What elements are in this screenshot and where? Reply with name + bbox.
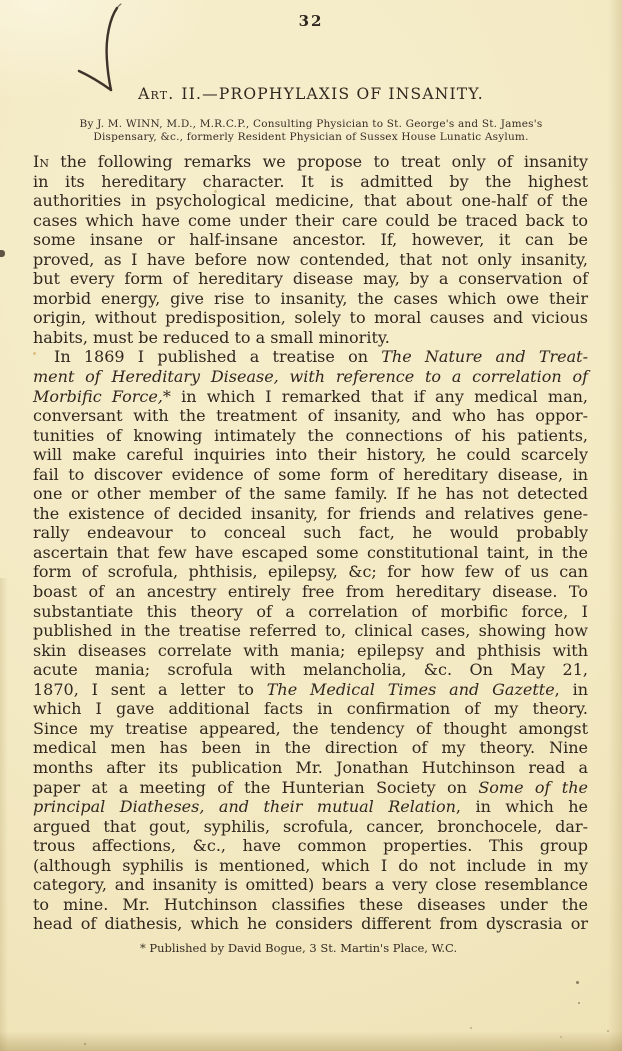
body-line: will make careful inquiries into their h… <box>33 445 588 465</box>
text-segment: In <box>33 152 49 171</box>
text-segment: acute mania; scrofula with melancholia, … <box>33 660 588 679</box>
body-line: some insane or half-insane ancestor. If,… <box>33 230 588 250</box>
text-segment: ment of Hereditary Disease, with referen… <box>33 367 588 386</box>
article-title-text: II.—PROPHYLAXIS OF INSANITY. <box>181 85 484 103</box>
text-segment: which I gave additional facts in confirm… <box>33 699 588 718</box>
body-line: argued that gout, syphilis, scrofula, ca… <box>33 817 588 837</box>
text-segment: but every form of hereditary disease may… <box>33 269 588 288</box>
body-text: In the following remarks we propose to t… <box>33 152 588 934</box>
byline-line-2: Dispensary, &c., formerly Resident Physi… <box>41 131 581 144</box>
body-line: ment of Hereditary Disease, with referen… <box>33 367 588 387</box>
body-line: acute mania; scrofula with melancholia, … <box>33 660 588 680</box>
text-segment: published in the treatise referred to, c… <box>33 621 588 640</box>
text-segment: category, and insanity is omitted) bears… <box>33 875 588 894</box>
text-segment: the following remarks we propose to trea… <box>49 152 588 171</box>
article-byline: By J. M. WINN, M.D., M.R.C.P., Consultin… <box>41 118 581 144</box>
body-line: origin, without predisposition, solely t… <box>33 308 588 328</box>
text-segment: to mine. Mr. Hutchinson classifies these… <box>33 895 588 914</box>
body-line: to mine. Mr. Hutchinson classifies these… <box>33 895 588 915</box>
body-line: cases which have come under their care c… <box>33 211 588 231</box>
text-segment: origin, without predisposition, solely t… <box>33 308 588 327</box>
body-line: which I gave additional facts in confirm… <box>33 699 588 719</box>
text-segment: argued that gout, syphilis, scrofula, ca… <box>33 817 588 836</box>
body-line: months after its publication Mr. Jonatha… <box>33 758 588 778</box>
text-segment: in its hereditary character. It is admit… <box>33 172 588 191</box>
body-line: in its hereditary character. It is admit… <box>33 172 588 192</box>
text-segment: proved, as I have before now contended, … <box>33 250 588 269</box>
text-segment: Since my treatise appeared, the tendency… <box>33 719 588 738</box>
text-segment: principal Diatheses, and their mutual Re… <box>33 797 456 816</box>
body-line: ascertain that few have escaped some con… <box>33 543 588 563</box>
paper-speck <box>576 981 579 984</box>
text-segment: In 1869 I published a treatise on <box>54 347 381 366</box>
body-line: authorities in psychological medicine, t… <box>33 191 588 211</box>
body-line: Morbific Force,* in which I remarked tha… <box>33 387 588 407</box>
text-segment: head of diathesis, which he considers di… <box>33 914 588 933</box>
body-line: paper at a meeting of the Hunterian Soci… <box>33 778 588 798</box>
body-line: published in the treatise referred to, c… <box>33 621 588 641</box>
body-line: form of scrofula, phthisis, epilepsy, &c… <box>33 562 588 582</box>
article-number: Art. <box>138 85 174 103</box>
text-segment: 1870, I sent a letter to <box>33 680 267 699</box>
page-edge-ink-mark <box>0 250 5 257</box>
body-line: medical men has been in the direction of… <box>33 738 588 758</box>
text-segment: morbid energy, give rise to insanity, th… <box>33 289 588 308</box>
body-line: fail to discover evidence of some form o… <box>33 465 588 485</box>
body-line: but every form of hereditary disease may… <box>33 269 588 289</box>
paper-speck <box>578 1002 580 1004</box>
text-segment: some insane or half-insane ancestor. If,… <box>33 230 588 249</box>
text-segment: * in which I remarked that if any medica… <box>163 387 588 406</box>
text-segment: the existence of decided insanity, for f… <box>33 504 588 523</box>
paper-speck <box>214 190 217 193</box>
text-segment: authorities in psychological medicine, t… <box>33 191 588 210</box>
article-title: Art.II.—PROPHYLAXIS OF INSANITY. <box>0 85 622 103</box>
body-line: trous affections, &c., have common prope… <box>33 836 588 856</box>
text-segment: trous affections, &c., have common prope… <box>33 836 588 855</box>
body-line: one or other member of the same family. … <box>33 484 588 504</box>
text-segment: The Nature and Treat- <box>381 347 588 366</box>
body-line: In the following remarks we propose to t… <box>33 152 588 172</box>
text-segment: cases which have come under their care c… <box>33 211 588 230</box>
paper-speck <box>470 1027 472 1029</box>
body-line: habits, must be reduced to a small minor… <box>33 328 588 348</box>
body-line: skin diseases correlate with mania; epil… <box>33 641 588 661</box>
text-segment: fail to discover evidence of some form o… <box>33 465 588 484</box>
text-segment: will make careful inquiries into their h… <box>33 445 588 464</box>
body-line: In 1869 I published a treatise on The Na… <box>33 347 588 367</box>
body-line: 1870, I sent a letter to The Medical Tim… <box>33 680 588 700</box>
paper-speck <box>33 352 36 355</box>
page-edge-shadow-left <box>0 578 8 1051</box>
text-segment: habits, must be reduced to a small minor… <box>33 328 390 347</box>
body-line: head of diathesis, which he considers di… <box>33 914 588 934</box>
body-line: proved, as I have before now contended, … <box>33 250 588 270</box>
page-edge-shadow-bottom <box>0 1031 622 1051</box>
text-segment: tunities of knowing intimately the conne… <box>33 426 588 445</box>
body-line: tunities of knowing intimately the conne… <box>33 426 588 446</box>
text-segment: (although syphilis is mentioned, which I… <box>33 856 588 875</box>
text-segment: Morbific Force, <box>33 387 163 406</box>
body-line: Since my treatise appeared, the tendency… <box>33 719 588 739</box>
page-edge-shadow-right <box>608 0 622 1051</box>
text-segment: skin diseases correlate with mania; epil… <box>33 641 588 660</box>
text-segment: one or other member of the same family. … <box>33 484 588 503</box>
text-segment: medical men has been in the direction of… <box>33 738 588 757</box>
body-line: (although syphilis is mentioned, which I… <box>33 856 588 876</box>
text-segment: form of scrofula, phthisis, epilepsy, &c… <box>33 562 588 581</box>
body-line: category, and insanity is omitted) bears… <box>33 875 588 895</box>
text-segment: The Medical Times and Gazette <box>267 680 555 699</box>
body-line: substantiate this theory of a correlatio… <box>33 602 588 622</box>
body-line: morbid energy, give rise to insanity, th… <box>33 289 588 309</box>
handwritten-checkmark <box>76 2 131 97</box>
body-line: principal Diatheses, and their mutual Re… <box>33 797 588 817</box>
body-line: boast of an ancestry entirely free from … <box>33 582 588 602</box>
body-line: rally endeavour to conceal such fact, he… <box>33 523 588 543</box>
text-segment: Some of the <box>478 778 588 797</box>
text-segment: months after its publication Mr. Jonatha… <box>33 758 588 777</box>
text-segment: paper at a meeting of the Hunterian Soci… <box>33 778 478 797</box>
text-segment: , in which he <box>456 797 588 816</box>
scanned-page: 32 Art.II.—PROPHYLAXIS OF INSANITY. By J… <box>0 0 622 1051</box>
text-segment: ascertain that few have escaped some con… <box>33 543 588 562</box>
byline-line-1: By J. M. WINN, M.D., M.R.C.P., Consultin… <box>41 118 581 131</box>
footnote: * Published by David Bogue, 3 St. Martin… <box>0 941 597 955</box>
text-segment: conversant with the treatment of insanit… <box>33 406 588 425</box>
text-segment: substantiate this theory of a correlatio… <box>33 602 588 621</box>
body-line: conversant with the treatment of insanit… <box>33 406 588 426</box>
body-line: the existence of decided insanity, for f… <box>33 504 588 524</box>
text-segment: , in <box>555 680 588 699</box>
text-segment: rally endeavour to conceal such fact, he… <box>33 523 588 542</box>
text-segment: boast of an ancestry entirely free from … <box>33 582 588 601</box>
